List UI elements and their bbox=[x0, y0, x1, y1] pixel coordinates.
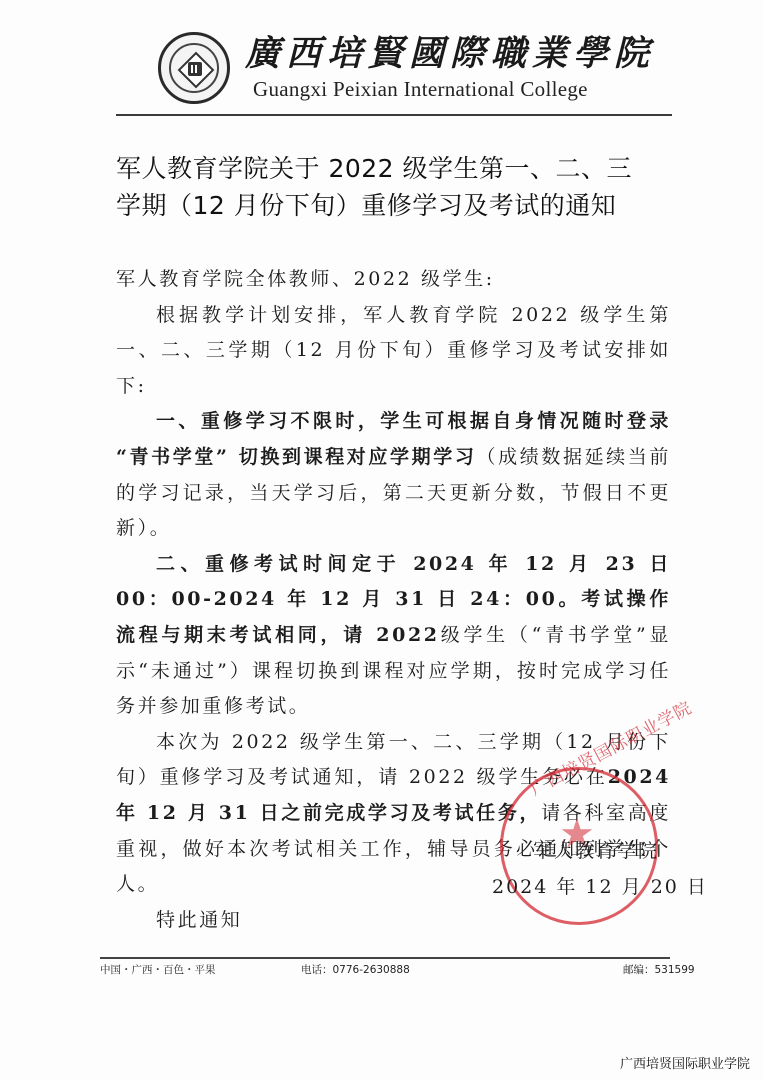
signature-date: 2024 年 12 月 20 日 bbox=[492, 872, 708, 899]
college-name-english: Guangxi Peixian International College bbox=[253, 77, 588, 102]
footer-address: 中国・广西・百色・平果 bbox=[100, 962, 216, 977]
salutation: 军人教育学院全体教师、2022 级学生: bbox=[116, 262, 671, 298]
footer-postcode: 邮编：531599 bbox=[623, 962, 695, 977]
footer-divider bbox=[100, 957, 670, 959]
document-page: 廣西培賢國際職業學院 Guangxi Peixian International… bbox=[0, 0, 763, 1080]
title-line-2: 学期（12 月份下旬）重修学习及考试的通知 bbox=[116, 187, 676, 224]
header-divider bbox=[116, 114, 672, 116]
item-2-paragraph: 二、重修考试时间定于 2024 年 12 月 23 日 00：00-2024 年… bbox=[116, 547, 671, 725]
item-1-paragraph: 一、重修学习不限时，学生可根据自身情况随时登录 “青书学堂” 切换到课程对应学期… bbox=[116, 404, 671, 546]
document-title: 军人教育学院关于 2022 级学生第一、二、三 学期（12 月份下旬）重修学习及… bbox=[116, 150, 676, 224]
title-line-1: 军人教育学院关于 2022 级学生第一、二、三 bbox=[116, 150, 676, 187]
intro-paragraph: 根据教学计划安排，军人教育学院 2022 级学生第一、二、三学期（12 月份下旬… bbox=[116, 298, 671, 405]
college-name-chinese: 廣西培賢國際職業學院 bbox=[245, 26, 655, 76]
signature-organization: 军人教育学院 bbox=[533, 836, 659, 863]
letterhead: 廣西培賢國際職業學院 Guangxi Peixian International… bbox=[150, 24, 630, 108]
source-watermark: 广西培贤国际职业学院 bbox=[620, 1053, 750, 1072]
college-seal-logo-icon bbox=[158, 32, 230, 104]
footer-phone: 电话：0776-2630888 bbox=[301, 962, 410, 977]
